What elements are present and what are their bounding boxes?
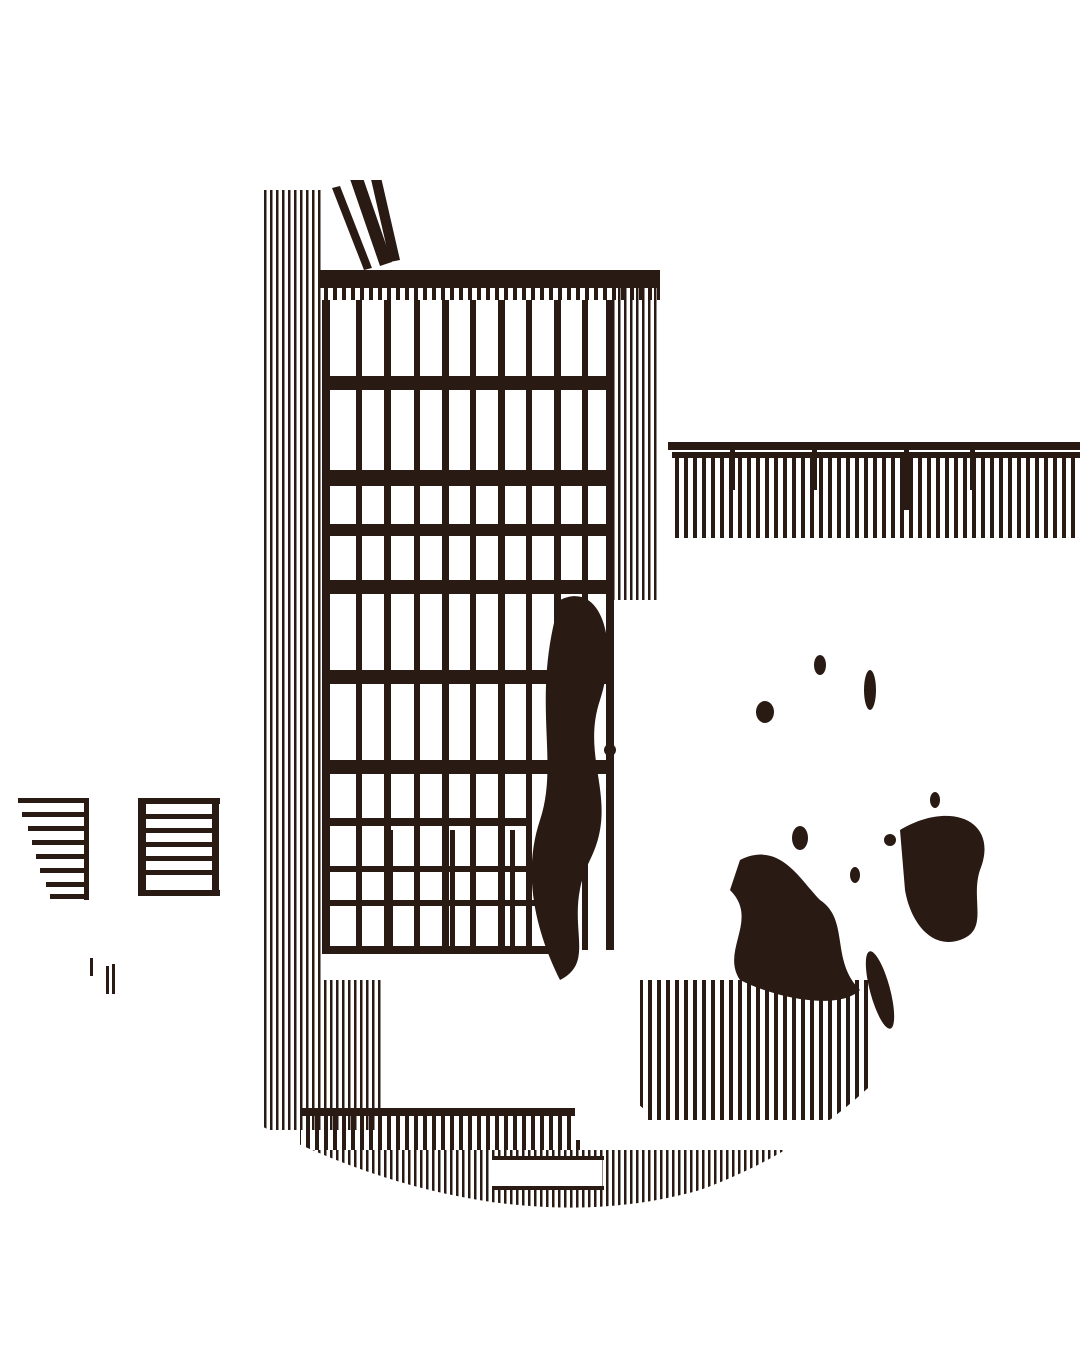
trees bbox=[532, 596, 1016, 1033]
ink-illustration bbox=[0, 0, 1080, 1350]
low-building bbox=[668, 442, 1080, 538]
window-louvers-left bbox=[18, 798, 220, 994]
